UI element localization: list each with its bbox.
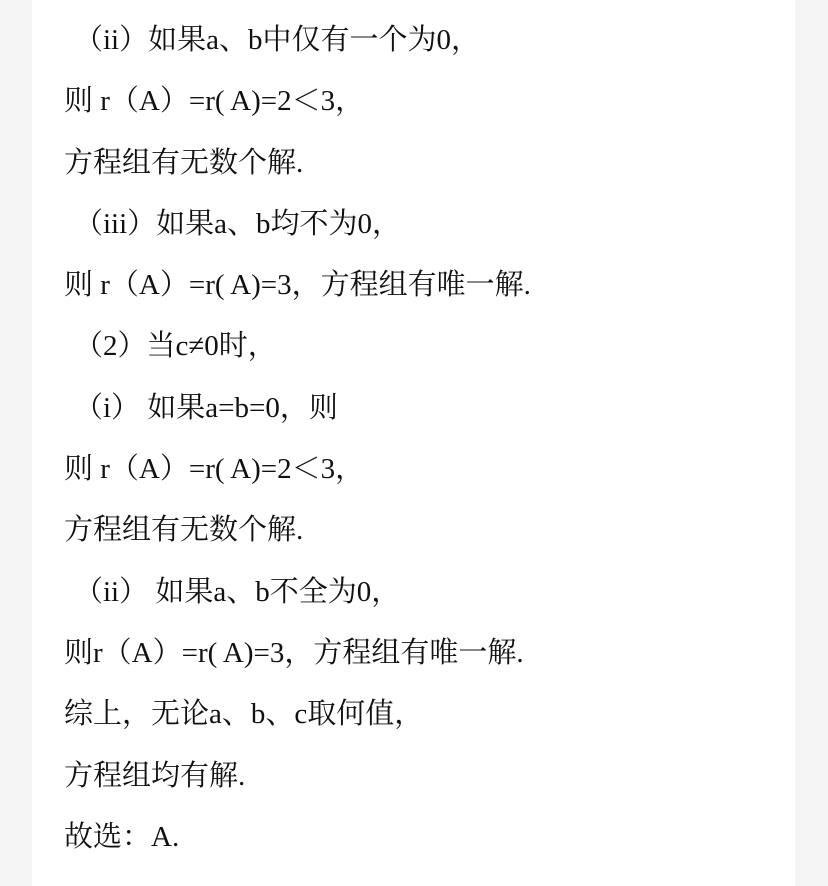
line-rank-3-unique-again: 则r（A）=r( A)=3，方程组有唯一解. (32, 623, 795, 684)
line-case-ii-one-zero: （ii）如果a、b中仅有一个为0， (32, 10, 795, 71)
line-always-solvable: 方程组均有解. (32, 746, 795, 807)
line-rank-2-again: 则 r（A）=r( A)=2＜3， (32, 439, 795, 500)
solution-text: （ii）如果a、b中仅有一个为0， 则 r（A）=r( A)=2＜3， 方程组有… (32, 10, 795, 868)
line-infinite-solutions-again: 方程组有无数个解. (32, 500, 795, 561)
line-rank-2: 则 r（A）=r( A)=2＜3， (32, 71, 795, 132)
line-case-i-ab-zero: （i） 如果a=b=0，则 (32, 378, 795, 439)
line-summary: 综上，无论a、b、c取何值， (32, 684, 795, 745)
line-case-iii-nonzero: （iii）如果a、b均不为0， (32, 194, 795, 255)
line-answer: 故选：A. (32, 807, 795, 868)
line-infinite-solutions: 方程组有无数个解. (32, 133, 795, 194)
document-page: （ii）如果a、b中仅有一个为0， 则 r（A）=r( A)=2＜3， 方程组有… (32, 0, 795, 886)
line-case-2-c-nonzero: （2）当c≠0时， (32, 316, 795, 377)
line-rank-3-unique: 则 r（A）=r( A)=3，方程组有唯一解. (32, 255, 795, 316)
line-case-ii-not-all-zero: （ii） 如果a、b不全为0， (32, 562, 795, 623)
